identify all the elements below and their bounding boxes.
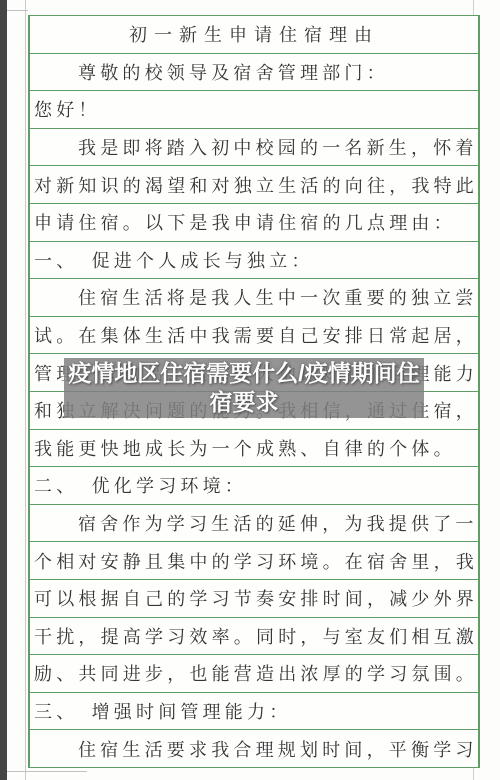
doc-line: 您好！ [30,91,478,129]
doc-line: 我能更快地成长为一个成熟、自律的个体。 [30,430,478,468]
window-edge-strip [0,0,7,780]
doc-title-line: 初一新生申请住宿理由 [30,16,478,54]
doc-section-heading: 一、 促进个人成长与独立： [30,242,478,280]
doc-line-text: 我能更快地成长为一个成熟、自律的个体。 [30,435,478,461]
grid-line-bottom [7,771,87,772]
doc-line-text: 励、共同进步，也能营造出浓厚的学习氛围。 [30,660,478,686]
doc-line-text: 干扰，提高学习效率。同时，与室友们相互激 [30,623,478,649]
doc-line: 干扰，提高学习效率。同时，与室友们相互激 [30,618,478,656]
doc-line-text: 住宿生活将是我人生中一次重要的独立尝 [30,284,478,310]
doc-line-text: 个相对安静且集中的学习环境。在宿舍里，我 [30,548,478,574]
grid-line-left [25,0,26,780]
doc-line-text: 申请住宿。以下是我申请住宿的几点理由： [30,209,478,235]
doc-line-text: 宿舍作为学习生活的延伸，为我提供了一 [30,510,478,536]
doc-line-text: 我是即将踏入初中校园的一名新生，怀着 [30,134,478,160]
doc-line-text: 可以根据自己的学习节奏安排时间，减少外界 [30,585,478,611]
doc-line: 尊敬的校领导及宿舍管理部门： [30,54,478,92]
doc-line-text: 住宿生活要求我合理规划时间，平衡学习 [30,736,478,762]
doc-line-text: 尊敬的校领导及宿舍管理部门： [30,59,478,85]
doc-line: 住宿生活将是我人生中一次重要的独立尝 [30,279,478,317]
doc-line-text: 三、 增强时间管理能力： [30,698,478,724]
doc-line-text: 您好！ [30,96,478,122]
doc-line: 我是即将踏入初中校园的一名新生，怀着 [30,129,478,167]
doc-line-text: 一、 促进个人成长与独立： [30,247,478,273]
doc-line: 个相对安静且集中的学习环境。在宿舍里，我 [30,542,478,580]
doc-line: 可以根据自己的学习节奏安排时间，减少外界 [30,580,478,618]
doc-line: 宿舍作为学习生活的延伸，为我提供了一 [30,505,478,543]
doc-section-heading: 三、 增强时间管理能力： [30,693,478,731]
watermark-title: 疫情地区住宿需要什么/疫情期间住宿要求 [64,359,424,418]
doc-line-text: 二、 优化学习环境： [30,472,478,498]
doc-line: 申请住宿。以下是我申请住宿的几点理由： [30,204,478,242]
doc-section-heading: 二、 优化学习环境： [30,467,478,505]
watermark-overlay: 疫情地区住宿需要什么/疫情期间住宿要求 [64,358,424,418]
doc-line: 对新知识的渴望和对独立生活的向往，我特此 [30,166,478,204]
doc-line: 试。在集体生活中我需要自己安排日常起居， [30,317,478,355]
doc-line: 住宿生活要求我合理规划时间，平衡学习 [30,730,478,767]
doc-title-text: 初一新生申请住宿理由 [30,21,478,47]
doc-line: 励、共同进步，也能营造出浓厚的学习氛围。 [30,655,478,693]
doc-line-text: 对新知识的渴望和对独立生活的向往，我特此 [30,172,478,198]
grid-line-top [7,10,28,11]
doc-line-text: 试。在集体生活中我需要自己安排日常起居， [30,322,478,348]
